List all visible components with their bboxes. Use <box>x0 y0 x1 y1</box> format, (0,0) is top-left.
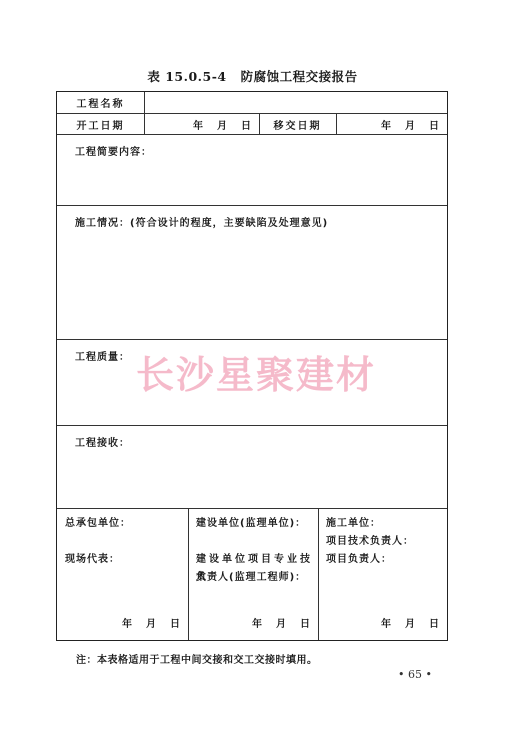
project-manager-label: 项目负责人： <box>326 551 392 569</box>
table-number: 表 15.0.5-4 <box>147 69 226 84</box>
owner-supervisor-signature[interactable]: 建设单位(监理单位)： 建设单位项目专业技术 负责人(监理工程师)： 年月日 <box>188 509 318 640</box>
acceptance-label: 工程接收： <box>75 434 130 449</box>
project-name-field[interactable] <box>144 92 447 113</box>
signature-date: 年月日 <box>367 615 439 630</box>
construction-status-label: 施工情况：(符合设计的程度，主要缺陷及处理意见) <box>75 214 328 229</box>
day-label: 日 <box>429 117 439 132</box>
footnote: 注：本表格适用于工程中间交接和交工交接时填用。 <box>76 651 318 666</box>
quality-label: 工程质量： <box>75 348 130 363</box>
brief-content-section[interactable]: 工程简要内容： <box>57 135 447 206</box>
start-date-label: 开工日期 <box>57 114 144 134</box>
handover-report-table: 工程名称 开工日期 年 月 日 移交日期 年 月 日 工程简要内容： 施工情况：… <box>56 91 448 641</box>
dates-row: 开工日期 年 月 日 移交日期 年 月 日 <box>57 114 447 135</box>
month-label: 月 <box>405 117 415 132</box>
start-date-field[interactable]: 年 月 日 <box>144 114 259 134</box>
project-name-row: 工程名称 <box>57 92 447 114</box>
month-label: 月 <box>217 117 227 132</box>
project-tech-lead-label: 项目技术负责人： <box>326 533 414 551</box>
construction-status-section[interactable]: 施工情况：(符合设计的程度，主要缺陷及处理意见) <box>57 206 447 340</box>
general-contractor-signature[interactable]: 总承包单位： 现场代表： 年月日 <box>57 509 188 640</box>
table-title: 防腐蚀工程交接报告 <box>241 69 358 84</box>
page-number: • 65 • <box>398 668 432 681</box>
contractor-unit-label: 施工单位： <box>326 515 381 533</box>
signature-row: 总承包单位： 现场代表： 年月日 建设单位(监理单位)： 建设单位项目专业技术 … <box>57 509 447 640</box>
year-label: 年 <box>193 117 203 132</box>
signature-date: 年月日 <box>238 615 310 630</box>
handover-date-label: 移交日期 <box>259 114 336 134</box>
general-contractor-label: 总承包单位： <box>65 515 131 533</box>
site-representative-label: 现场代表： <box>65 551 120 569</box>
day-label: 日 <box>241 117 251 132</box>
owner-tech-lead-label-line2: 负责人(监理工程师)： <box>196 569 306 587</box>
acceptance-section[interactable]: 工程接收： <box>57 426 447 509</box>
handover-date-field[interactable]: 年 月 日 <box>336 114 447 134</box>
year-label: 年 <box>381 117 391 132</box>
project-name-label: 工程名称 <box>57 92 144 113</box>
document-title: 表 15.0.5-4防腐蚀工程交接报告 <box>0 67 505 85</box>
contractor-signature[interactable]: 施工单位： 项目技术负责人： 项目负责人： 年月日 <box>318 509 447 640</box>
brief-content-label: 工程简要内容： <box>75 143 152 158</box>
quality-section[interactable]: 工程质量： <box>57 340 447 426</box>
owner-unit-label: 建设单位(监理单位)： <box>196 515 306 533</box>
signature-date: 年月日 <box>108 615 180 630</box>
